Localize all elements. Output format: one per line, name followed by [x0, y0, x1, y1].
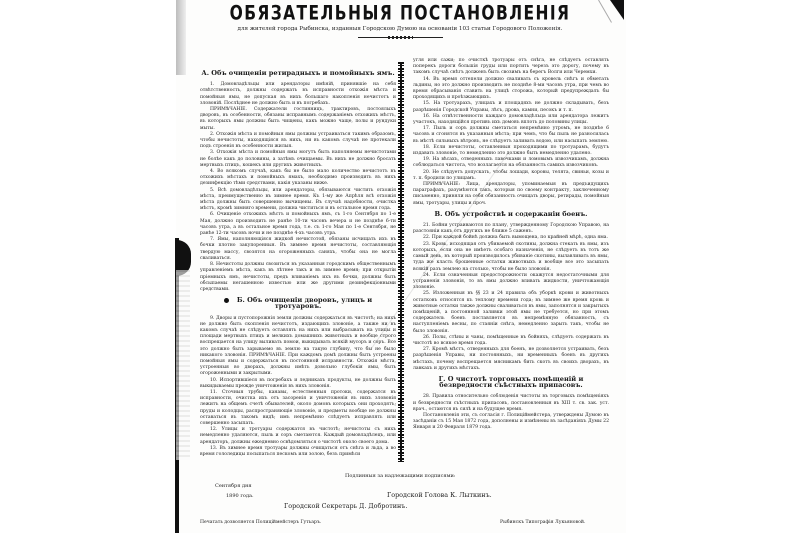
bullet-icon	[224, 298, 229, 303]
paragraph: 8. Нечистоты должны свозиться въ указанн…	[200, 262, 396, 293]
section-a-heading: А. Объ очищеніи ретирадныхъ и помойныхъ …	[200, 70, 396, 76]
right-column: угля или сажи; по очисткѣ тротуары отъ с…	[413, 58, 609, 432]
paragraph: 16. На отвѣтственности каждаго домовладѣ…	[413, 114, 609, 126]
paragraph: угля или сажи; по очисткѣ тротуары отъ с…	[413, 58, 609, 77]
paragraph: 24. Если означенныя предосторожности ока…	[413, 273, 609, 292]
paragraph: 2. Отхожія мѣста и помойныя ямы должны у…	[200, 132, 396, 151]
printer-imprint: Рыбинскъ Типографія Лукьяновой.	[500, 520, 585, 525]
paragraph: 26. Полы, стѣны и чаны, помѣщенные въ бо…	[413, 335, 609, 347]
paragraph: 25. Изложенныя въ §§ 23 и 24 правила объ…	[413, 291, 609, 334]
note: ПРИМѢЧАНІЕ: Лица, арендаторы, упоминаемы…	[413, 182, 609, 207]
section-b-heading: Б. Объ очищеніи дворовъ, улицъ и тротуар…	[237, 296, 372, 310]
paragraph: 18. Если нечистоты, оставленныя проходящ…	[413, 145, 609, 157]
paragraph: 14. Въ время оттепели должно сваливать с…	[413, 77, 609, 102]
paragraph: 3. Отхожія мѣста и помойныя ямы могутъ б…	[200, 150, 396, 169]
paragraph: 22. При каждой бойнѣ должна быть вымощен…	[413, 235, 609, 241]
paragraph: 4. Во всякомъ случаѣ, какъ бы не было ма…	[200, 169, 396, 188]
paragraph: 20. Не слѣдуетъ допускать, чтобы лошади,…	[413, 170, 609, 182]
paragraph: 23. Кровь, исходящая отъ убиваемой скоти…	[413, 242, 609, 273]
paragraph: Постановленія эти, съ согласія г. Полиці…	[413, 413, 609, 432]
paragraph: 10. Испортившіеся въ погребахъ и ледника…	[200, 378, 396, 390]
paragraph: 28. Правила относительно соблюденія чист…	[413, 394, 609, 413]
paragraph: 15. На тротуарахъ, улицахъ и площадяхъ н…	[413, 101, 609, 113]
ornamental-column-divider	[398, 62, 404, 462]
paragraph: 17. Пыль и соръ должны сметаться непремѣ…	[413, 126, 609, 145]
page-edge-specks	[176, 270, 190, 460]
paragraph: 9. Дворы и пустопорожнія земли должны со…	[200, 316, 396, 378]
ornamental-rule	[358, 37, 443, 38]
note: ПРИМѢЧАНІЕ. Содержатели гостинницъ, трак…	[200, 107, 396, 132]
paragraph: 21. Бойни устраиваются по плану, утвержд…	[413, 223, 609, 235]
left-column: А. Объ очищеніи ретирадныхъ и помойныхъ …	[200, 66, 396, 458]
section-c-heading: В. Объ устройствѣ и содержаніи боенъ.	[413, 211, 609, 217]
censor-approval: Печатать дозволяется Полиціймейстеръ Гут…	[200, 520, 321, 525]
signatures-heading: Подлинныя за надлежащими подписями:	[345, 473, 456, 479]
paragraph: 19. На вѣсахъ, отведенныхъ лавочками и л…	[413, 157, 609, 169]
paragraph: 1. Домовладѣльцы или арендаторы имѣній, …	[200, 82, 396, 107]
mayor-signature: Городской Голова К. Лыткинъ.	[387, 491, 492, 499]
paragraph: 11. Сточныя трубы, канавы, естественныя …	[200, 390, 396, 427]
date-month: Сентября дня	[215, 483, 252, 489]
document-subtitle: для жителей города Рыбинска, изданныя Го…	[180, 26, 620, 32]
section-b-heading-wrap: Б. Объ очищеніи дворовъ, улицъ и тротуар…	[200, 297, 396, 309]
paragraph: 27. Кромѣ мѣстъ, отведенныхъ для боенъ, …	[413, 347, 609, 372]
paragraph: 5. Всѣ домовладѣльцы, или арендаторы, об…	[200, 188, 396, 213]
section-d-heading: Г. О чистотѣ торговыхъ помѣщеній и безвр…	[413, 376, 609, 388]
secretary-signature: Городской Секретарь Д. Добротинъ.	[284, 502, 407, 510]
paragraph: 12. Улицы и тротуары содержатся въ чисто…	[200, 427, 396, 446]
document-title: ОБЯЗАТЕЛЬНЫЯ ПОСТАНОВЛЕНІЯ	[180, 2, 620, 25]
date-year: 1890 года.	[226, 493, 254, 499]
paragraph: 7. Ямы, наполняющіяся жидкой нечистотой,…	[200, 237, 396, 262]
paragraph: 13. Въ зимнее время тротуары должны очищ…	[200, 446, 396, 458]
paragraph: 6. Очищеніе отхожихъ мѣстъ и помойныхъ я…	[200, 212, 396, 237]
